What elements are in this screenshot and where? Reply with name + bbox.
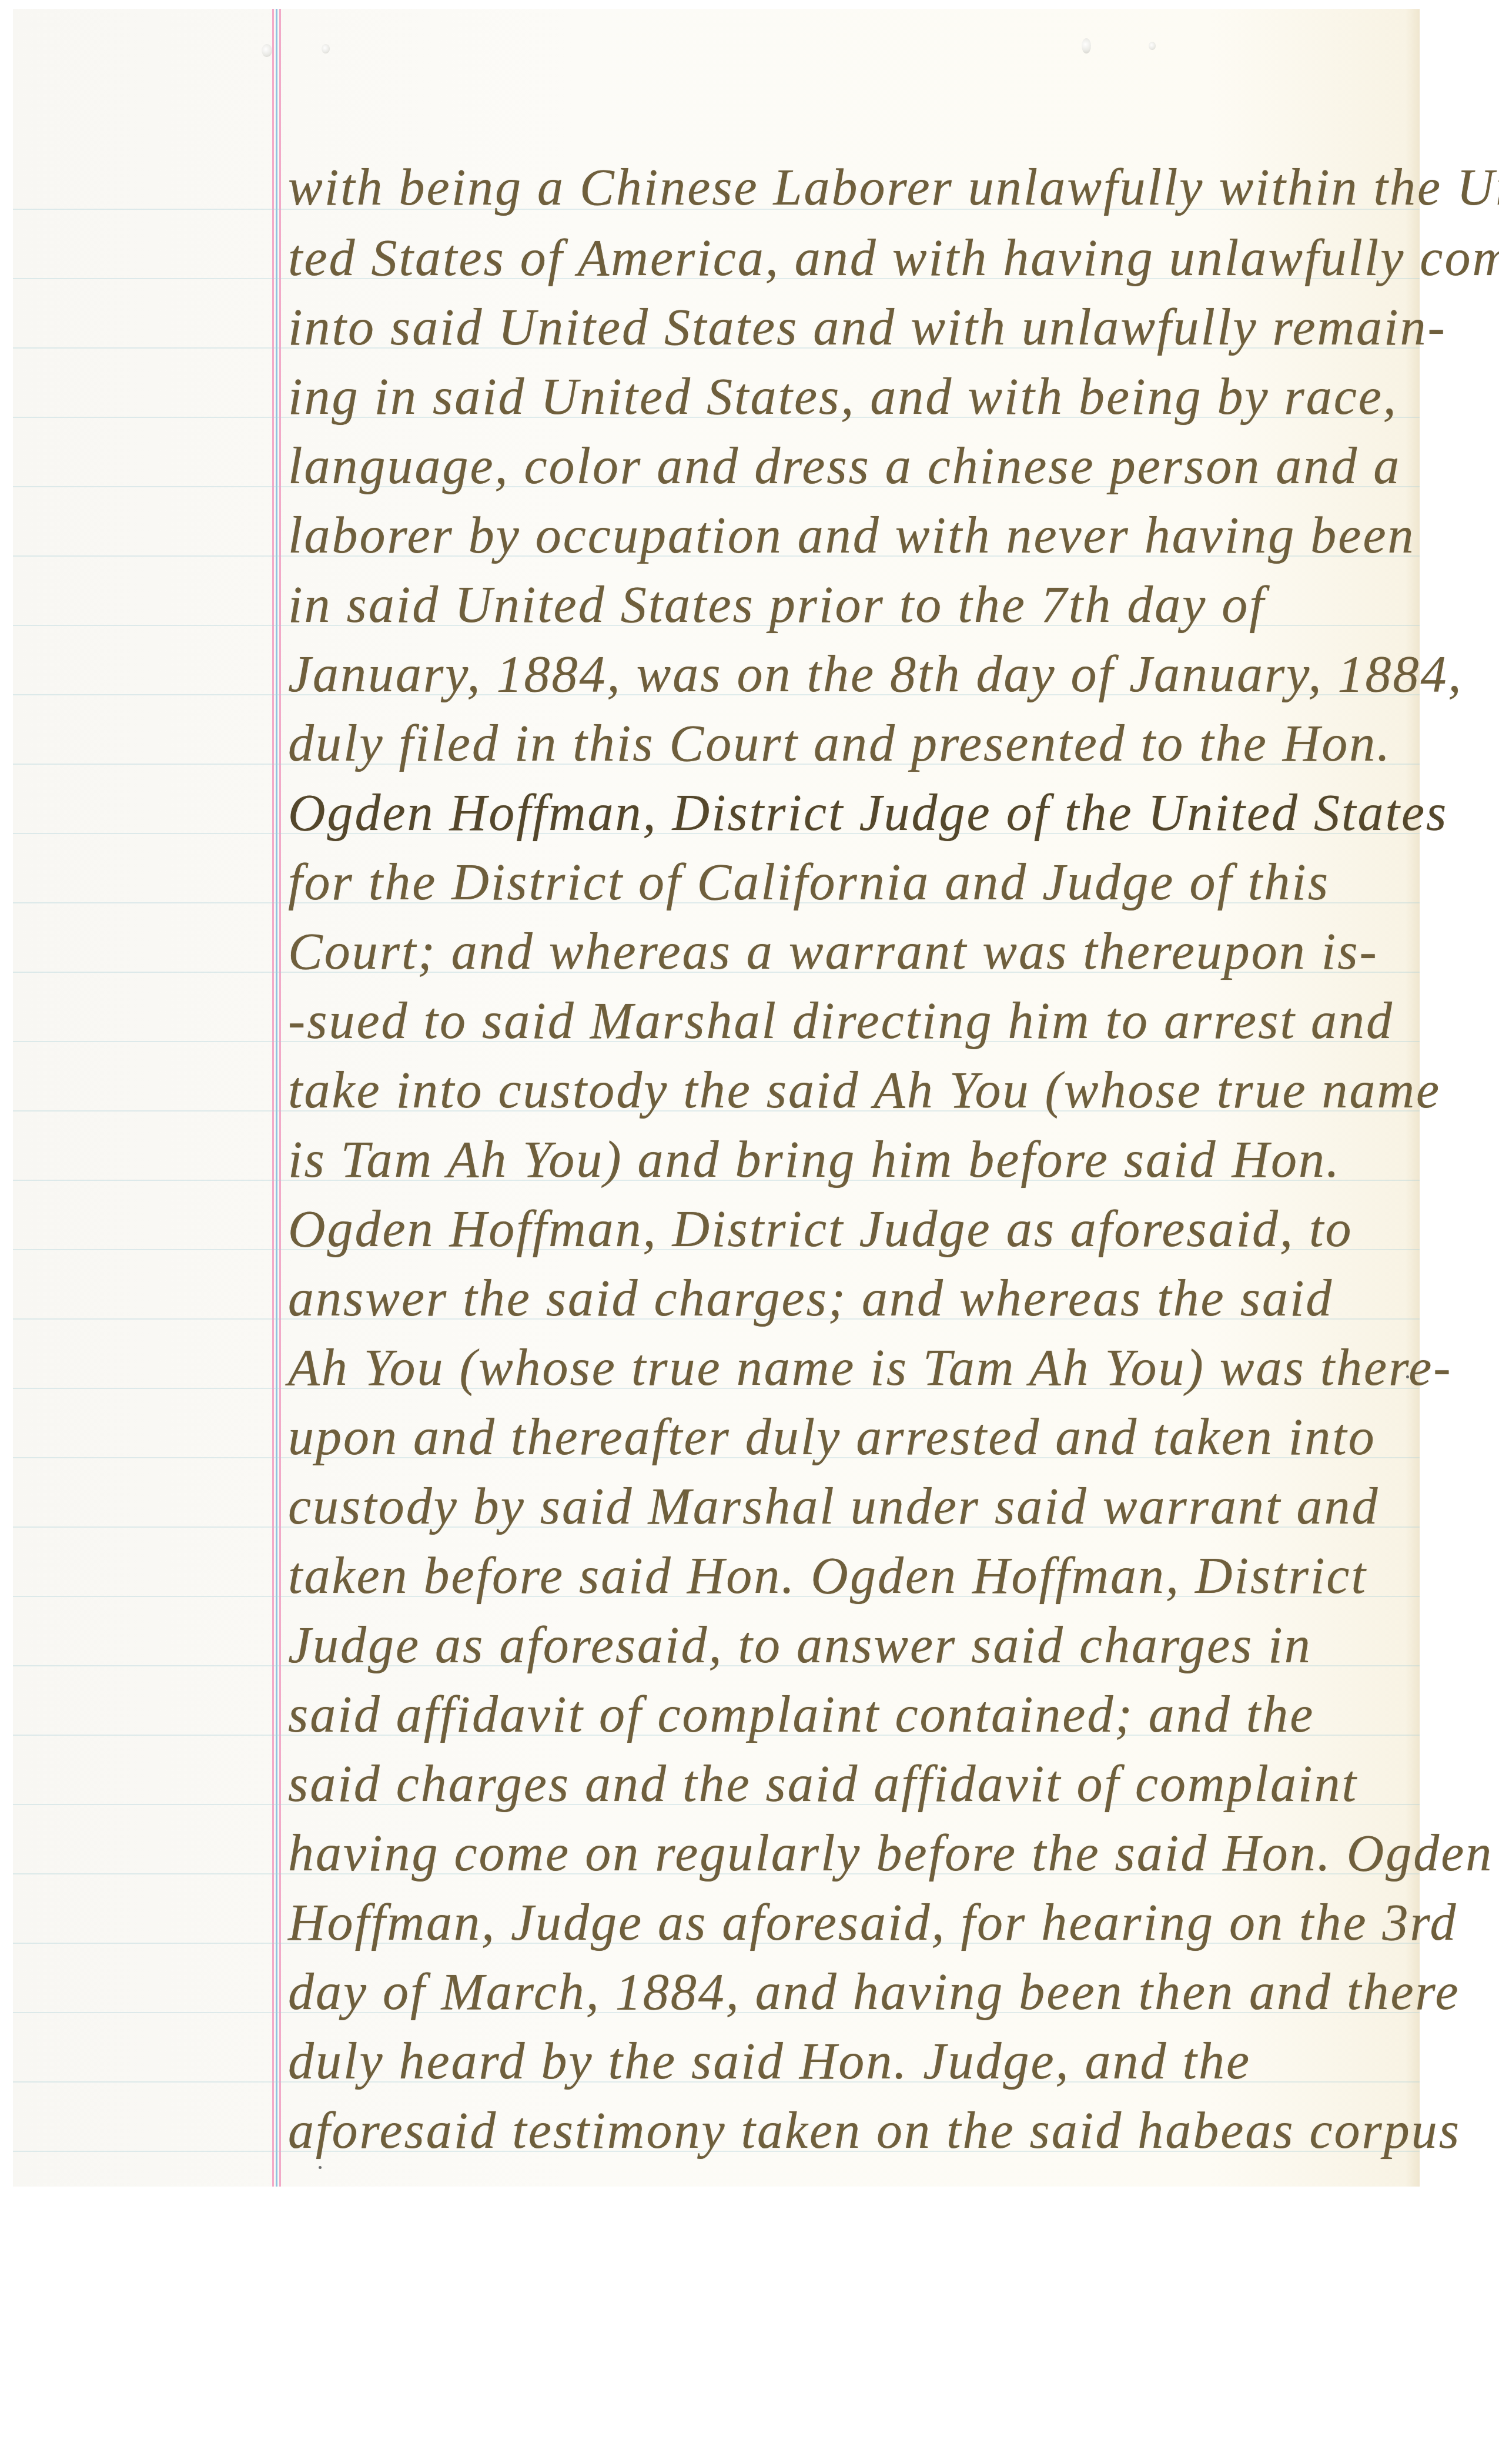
text-line: language, color and dress a chinese pers… xyxy=(288,437,1401,496)
text-line: take into custody the said Ah You (whose… xyxy=(288,1062,1441,1120)
text-line: is Tam Ah You) and bring him before said… xyxy=(288,1131,1341,1190)
punch-hole-mark xyxy=(1149,42,1156,50)
text-line: Court; and whereas a warrant was thereup… xyxy=(288,923,1378,982)
text-line: Ogden Hoffman, District Judge as aforesa… xyxy=(288,1200,1353,1259)
manuscript-page: with being a Chinese Laborer unlawfully … xyxy=(13,9,1420,2187)
text-line: upon and thereafter duly arrested and ta… xyxy=(288,1408,1376,1467)
text-line: taken before said Hon. Ogden Hoffman, Di… xyxy=(288,1547,1367,1606)
margin-rule-pink xyxy=(279,9,281,2187)
text-line: duly heard by the said Hon. Judge, and t… xyxy=(288,2033,1251,2091)
text-line: Ogden Hoffman, District Judge of the Uni… xyxy=(288,784,1448,843)
paper-speck xyxy=(319,2166,322,2169)
text-line: said charges and the said affidavit of c… xyxy=(288,1755,1358,1814)
text-line: Ah You (whose true name is Tam Ah You) w… xyxy=(288,1339,1453,1398)
punch-hole-mark xyxy=(1082,38,1091,53)
punch-hole-mark xyxy=(262,44,272,57)
text-line: said affidavit of complaint contained; a… xyxy=(288,1686,1314,1745)
text-line: Judge as aforesaid, to answer said charg… xyxy=(288,1616,1312,1675)
text-line: ted States of America, and with having u… xyxy=(288,229,1499,288)
text-line: duly filed in this Court and presented t… xyxy=(288,715,1391,774)
text-line: aforesaid testimony taken on the said ha… xyxy=(288,2102,1461,2161)
text-line: answer the said charges; and whereas the… xyxy=(288,1270,1333,1328)
text-line: January, 1884, was on the 8th day of Jan… xyxy=(288,645,1463,704)
text-line: having come on regularly before the said… xyxy=(288,1824,1493,1883)
punch-hole-mark xyxy=(322,44,330,53)
text-line: into said United States and with unlawfu… xyxy=(288,299,1447,357)
margin-rule-pink xyxy=(272,9,274,2187)
text-line: with being a Chinese Laborer unlawfully … xyxy=(288,159,1499,217)
margin-rule-blue xyxy=(276,9,277,2187)
text-line: Hoffman, Judge as aforesaid, for hearing… xyxy=(288,1894,1457,1953)
text-line: in said United States prior to the 7th d… xyxy=(288,576,1266,635)
text-line: custody by said Marshal under said warra… xyxy=(288,1478,1379,1536)
text-line: -sued to said Marshal directing him to a… xyxy=(288,992,1394,1051)
text-line: ing in said United States, and with bein… xyxy=(288,368,1398,427)
text-line: laborer by occupation and with never hav… xyxy=(288,507,1415,565)
text-line: day of March, 1884, and having been then… xyxy=(288,1963,1460,2022)
text-line: for the District of California and Judge… xyxy=(288,853,1330,912)
